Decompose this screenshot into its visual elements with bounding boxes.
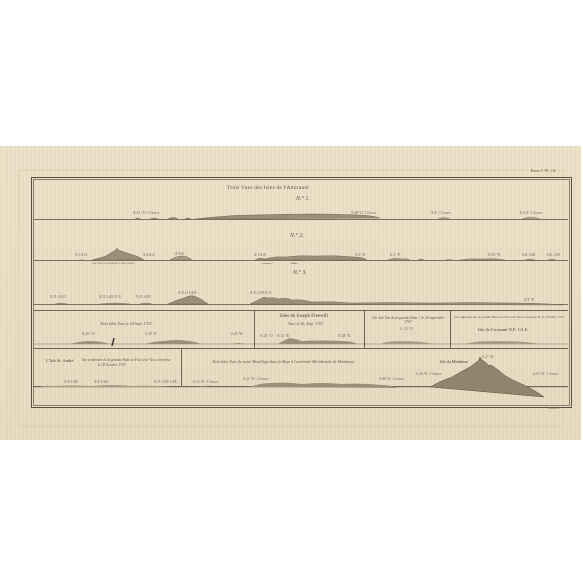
coastline-profile-5b — [0, 0, 583, 583]
engraver-signature: Benard Sc. — [548, 406, 561, 410]
